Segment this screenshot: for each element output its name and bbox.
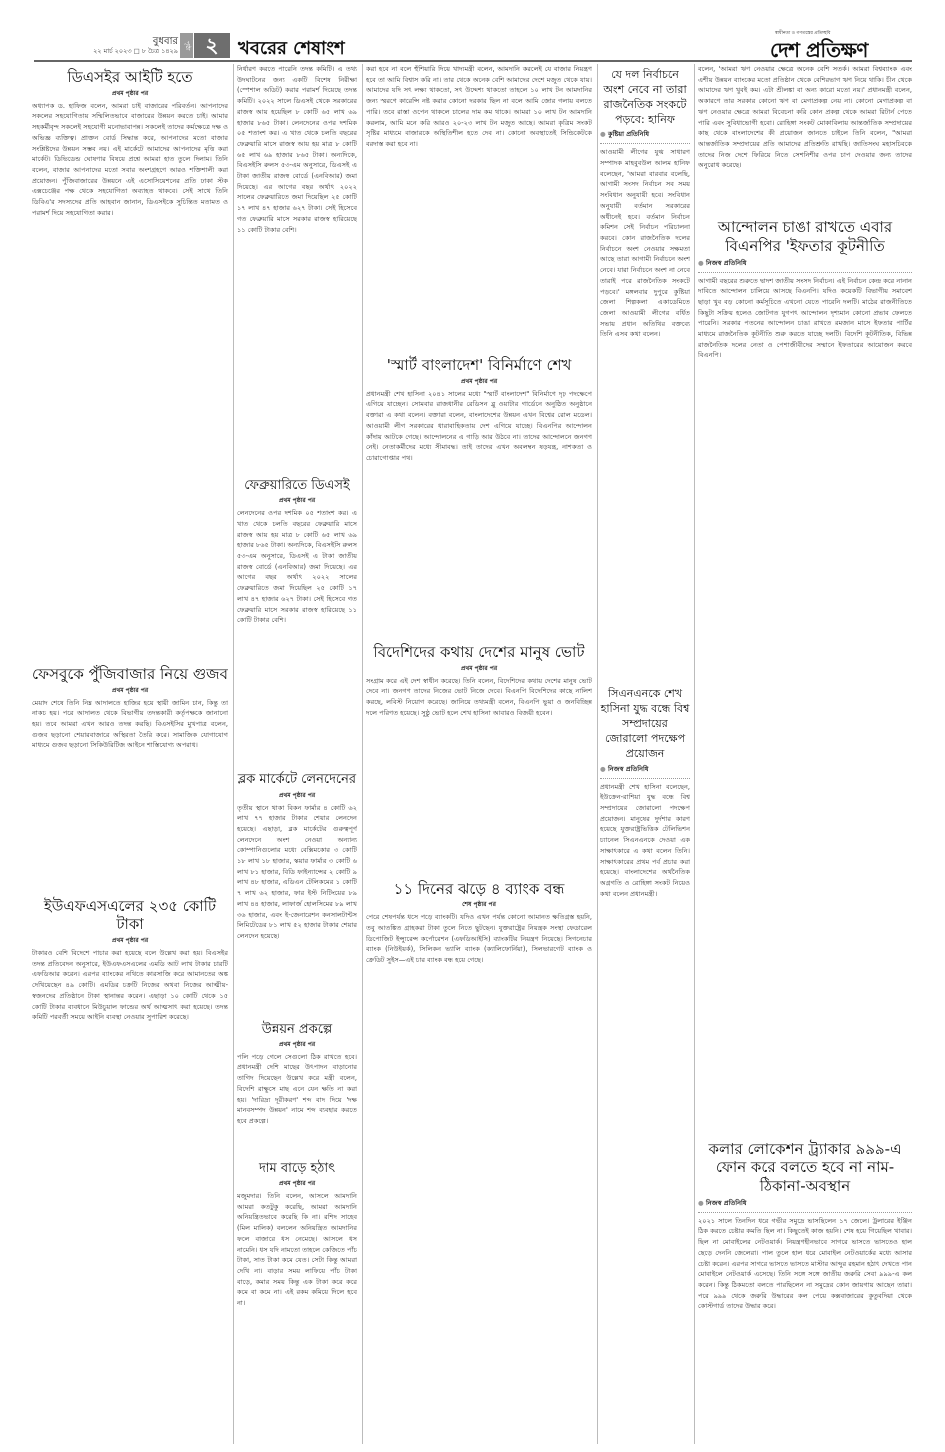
article-body: আগামী বছরের শুরুতে দ্বাদশ জাতীয় সংসদ নি… [698,276,912,1136]
article-february-dse: ফেব্রুয়ারিতে ডিএসই প্রথম পৃষ্ঠার পর লেন… [237,478,357,768]
continuation-label: শেষ পৃষ্ঠার পর [366,899,592,910]
article-body: প্রধানমন্ত্রী শেখ হাসিনা ২০৪১ সালের মধ্য… [366,389,592,639]
headline: ফেব্রুয়ারিতে ডিএসই [237,478,357,494]
article-foreigners-vote: বিদেশিদের কথায় দেশের মানুষ ভোট প্রথম পৃ… [366,643,592,876]
byline: কুষ্টিয়া প্রতিনিধি [600,129,690,140]
article-body: লেনদেনের ওপর দশমিক ০৫ শতাংশ কর। এ খাত থে… [237,508,357,768]
article-body: তৃতীয় স্থানে থাকা বিকন ফার্মার ৪ কোটি ৬… [237,803,357,1018]
article-999-caller-tracker: কলার লোকেশন ট্র্যাকার ৯৯৯-এ ফোন করে বলতে… [698,1140,912,1445]
column-left: ডিএসইর আইটি হতে প্রথম পৃষ্ঠার পর অধ্যাপক… [32,64,228,1444]
headline: কলার লোকেশন ট্র্যাকার ৯৯৯-এ ফোন করে বলতে… [698,1140,912,1196]
article-ufsl: ইউএফএসএলের ২৩৫ কোটি টাকা প্রথম পৃষ্ঠার প… [32,897,228,1389]
continuation-label: প্রথম পৃষ্ঠার পর [32,685,228,696]
article-smart-bangladesh: 'স্মার্ট বাংলাদেশ' বিনির্মাণে শেখ প্রথম … [366,356,592,639]
article-body: করা হবে না বলে হুঁশিয়ারি দিয়ে খাদ্যমন্… [366,64,592,352]
continuation-label: প্রথম পৃষ্ঠার পর [366,376,592,387]
continuation-label: প্রথম পৃষ্ঠার পর [237,1178,357,1189]
column-second: নির্ধারণ করতে পারেনি তদন্ত কমিটি। এ তথ্য… [237,64,357,1444]
column-divider [597,64,598,1444]
article-body: মেয়াদ শেষে তিনি নিম্ন আদালতে হাজির হয়ে… [32,698,228,893]
headline: যে দল নির্বাচনে অংশ নেবে না তারা রাজনৈতি… [600,68,690,127]
article-body: অধ্যাপক ড. হাফিজ বলেন, আমরা চাই বাজারের … [32,101,228,661]
masthead: বুধবার ২২ মার্চ ২০২৩ □ ৮ চৈত্র ১৪২৯ পৃষ্… [0,0,945,58]
article-body: মজুমদার। তিনি বলেন, আসলে আমদানি আমরা কতট… [237,1191,357,1441]
article-body: সংগ্রাম করে এই দেশ স্বাধীন করেছে। তিনি ব… [366,676,592,876]
article-bnp-iftar: আন্দোলন চাঙা রাখতে এবার বিএনপির 'ইফতার ক… [698,218,912,1136]
headline: ফেসবুকে পুঁজিবাজার নিয়ে গুজব [32,665,228,684]
article-body: টাকারও বেশি বিদেশে পাচার করা হয়েছে বলে … [32,948,228,1388]
separator [600,778,690,779]
column-divider [362,64,363,1444]
article-body: নির্ধারণ করতে পারেনি তদন্ত কমিটি। এ তথ্য… [237,64,357,474]
headline: ১১ দিনের ঝড়ে ৪ ব্যাংক বন্ধ [366,880,592,899]
continuation-label: প্রথম পৃষ্ঠার পর [32,935,228,946]
article-body: ২০২১ সালে তিনদিন ধরে গভীর সমুদ্রে ভাসছিল… [698,1216,912,1444]
headline: আন্দোলন চাঙা রাখতে এবার বিএনপির 'ইফতার ক… [698,218,912,256]
continuation-label: প্রথম পৃষ্ঠার পর [366,663,592,674]
byline: নিজস্ব প্রতিনিধি [600,764,690,775]
headline: ইউএফএসএলের ২৩৫ কোটি টাকা [32,897,228,935]
column-fourth: যে দল নির্বাচনে অংশ নেবে না তারা রাজনৈতি… [600,68,690,1444]
continuation-label: প্রথম পৃষ্ঠার পর [237,1039,357,1050]
article-cnn-hasina: সিএনএনকে শেখ হাসিনা যুদ্ধ বন্ধে বিশ্ব সম… [600,687,690,1341]
headline: উন্নয়ন প্রকল্পে [237,1022,357,1038]
article-bank-collapse: ১১ দিনের ঝড়ে ৪ ব্যাংক বন্ধ শেষ পৃষ্ঠার … [366,880,592,1403]
article-dse-it: ডিএসইর আইটি হতে প্রথম পৃষ্ঠার পর অধ্যাপক… [32,68,228,661]
headline: দাম বাড়ে হঠাৎ [237,1161,357,1177]
article-hanif: যে দল নির্বাচনে অংশ নেবে না তারা রাজনৈতি… [600,68,690,687]
headline: ডিএসইর আইটি হতে [32,68,228,87]
article-block-market: ব্লক মার্কেটে লেনদেনের প্রথম পৃষ্ঠার পর … [237,772,357,1017]
article-facebook-rumor: ফেসবুকে পুঁজিবাজার নিয়ে গুজব প্রথম পৃষ্… [32,665,228,893]
headline: ব্লক মার্কেটে লেনদেনের [237,772,357,788]
headline: বিদেশিদের কথায় দেশের মানুষ ভোট [366,643,592,662]
byline: নিজস্ব প্রতিনিধি [698,1198,912,1209]
continuation-label: প্রথম পৃষ্ঠার পর [32,88,228,99]
column-right: বলেন, 'আমরা ঋণ নেওয়ার ক্ষেত্রে অনেক বেশ… [698,64,912,1444]
article-price-rise: দাম বাড়ে হঠাৎ প্রথম পৃষ্ঠার পর মজুমদার।… [237,1161,357,1441]
headline: সিএনএনকে শেখ হাসিনা যুদ্ধ বন্ধে বিশ্ব সম… [600,687,690,761]
date-label: ২২ মার্চ ২০২৩ □ ৮ চৈত্র ১৪২৯ [30,46,178,57]
continuation-label: প্রথম পৃষ্ঠার পর [237,790,357,801]
separator [698,1212,912,1213]
header-divider [34,60,912,62]
byline: নিজস্ব প্রতিনিধি [698,258,912,269]
column-divider [233,64,234,1444]
separator [698,272,912,273]
page-label: পৃষ্ঠা [180,33,193,58]
article-development-project: উন্নয়ন প্রকল্পে প্রথম পৃষ্ঠার পর পলি পড… [237,1022,357,1157]
continuation-label: প্রথম পৃষ্ঠার পর [237,495,357,506]
article-body: পেরে শেষপর্যন্ত ধসে পড়ে ব্যাংকটি। যদিও … [366,912,592,1402]
article-body: পলি পড়ে গেলে সেগুলো ঠিক রাখতে হবে। প্রধ… [237,1052,357,1157]
page-number: ২ [194,33,230,58]
column-divider [694,64,695,1444]
article-body: প্রধানমন্ত্রী শেখ হাসিনা বলেছেন, ইউক্রেন… [600,782,690,1342]
column-center: করা হবে না বলে হুঁশিয়ারি দিয়ে খাদ্যমন্… [366,64,592,1444]
article-body: আওয়ামী লীগের যুগ্ম সাধারণ সম্পাদক মাহবু… [600,147,690,687]
article-body: বলেন, 'আমরা ঋণ নেওয়ার ক্ষেত্রে অনেক বেশ… [698,64,912,214]
separator [600,143,690,144]
headline: 'স্মার্ট বাংলাদেশ' বিনির্মাণে শেখ [366,356,592,375]
